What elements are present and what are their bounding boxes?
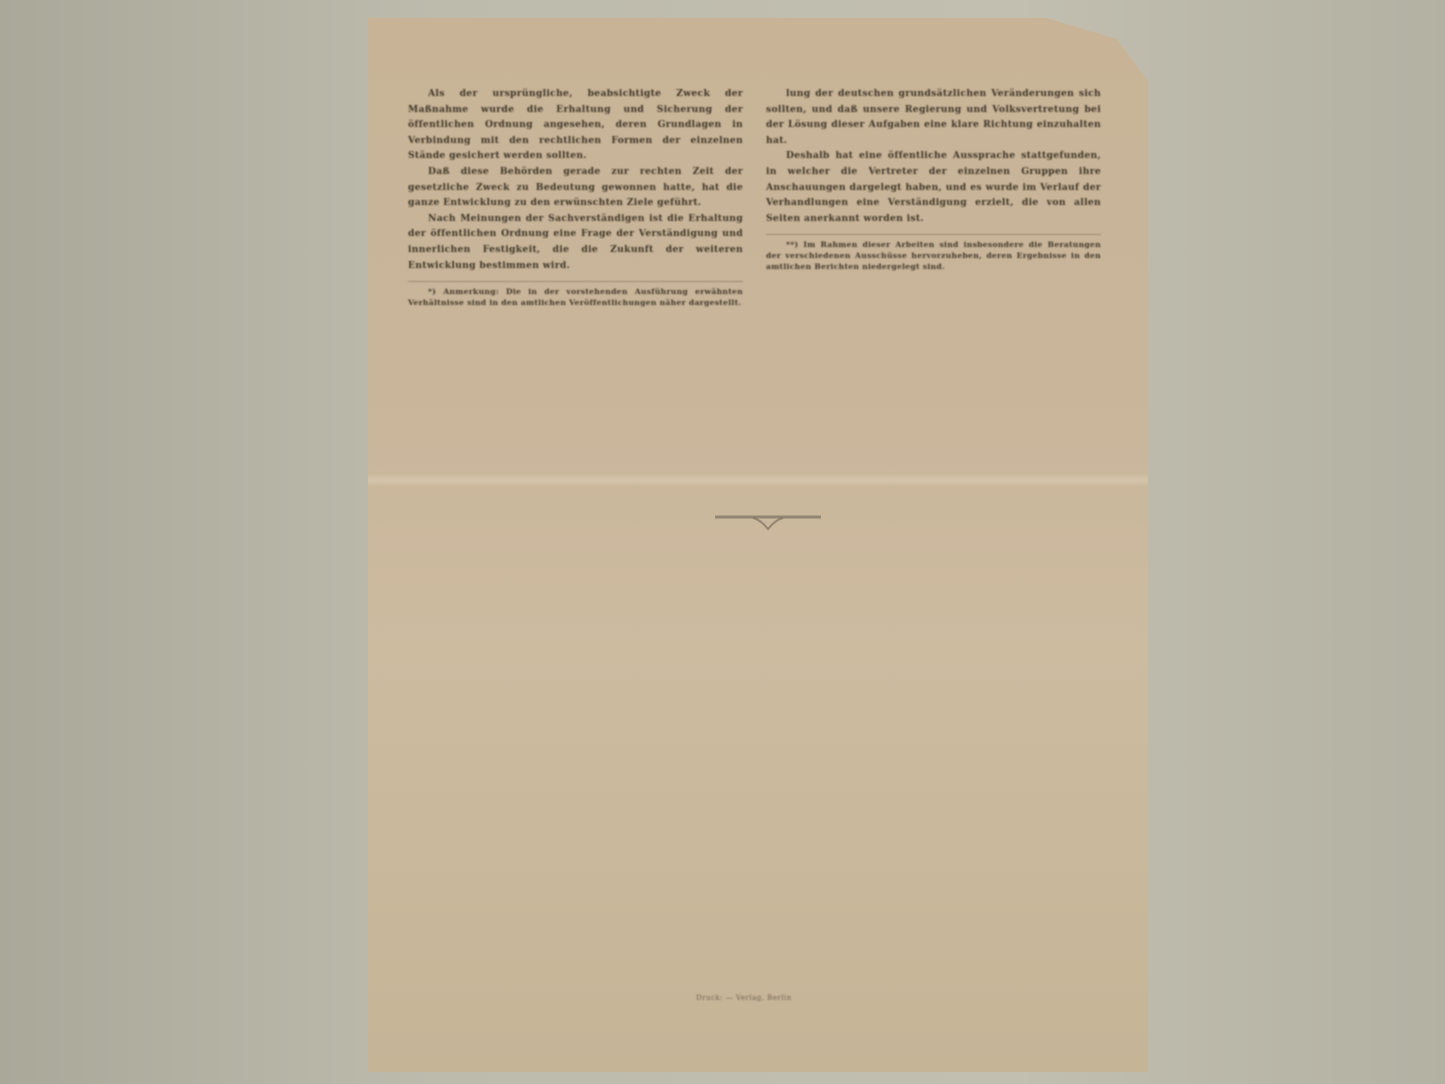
paragraph: Deshalb hat eine öffentliche Aussprache …	[766, 148, 1101, 226]
left-text-column: Als der ursprüngliche, beabsichtigte Zwe…	[408, 86, 743, 308]
right-text-column: lung der deutschen grundsätzlichen Verän…	[766, 86, 1101, 272]
paragraph: Als der ursprüngliche, beabsichtigte Zwe…	[408, 86, 743, 164]
footnote: *) Anmerkung: Die in der vorstehenden Au…	[408, 286, 743, 308]
paragraph: lung der deutschen grundsätzlichen Verän…	[766, 86, 1101, 148]
footnote: **) Im Rahmen dieser Arbeiten sind insbe…	[766, 239, 1101, 272]
footer-imprint: Druck: — Verlag, Berlin	[696, 994, 792, 1002]
footnote-rule	[766, 234, 1101, 235]
ornament-icon	[713, 510, 823, 532]
page-fold-crease	[368, 473, 1148, 487]
paragraph: Daß diese Behörden gerade zur rechten Ze…	[408, 164, 743, 211]
footnote-rule	[408, 281, 743, 282]
document-page: Als der ursprüngliche, beabsichtigte Zwe…	[368, 18, 1148, 1072]
paragraph: Nach Meinungen der Sachverständigen ist …	[408, 211, 743, 273]
